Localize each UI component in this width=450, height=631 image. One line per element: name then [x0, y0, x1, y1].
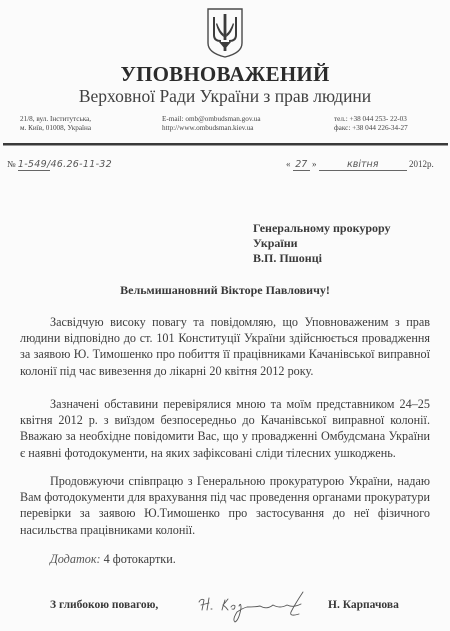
addressee-block: Генеральному прокурору України В.П. Пшон…: [253, 221, 391, 266]
signer-name: Н. Карпачова: [328, 599, 399, 611]
number-sign: №: [7, 159, 16, 169]
closing-phrase: З глибокою повагою,: [50, 599, 158, 611]
paragraph: Продовжуючи співпрацю з Генеральною прок…: [20, 473, 430, 538]
address-line: 21/8, вул. Інститутська,: [20, 115, 91, 124]
letter-date: « 27 » квітня 2012р.: [286, 159, 434, 171]
addressee-line: України: [253, 236, 391, 251]
date-month: квітня: [319, 159, 407, 171]
email-link[interactable]: E-mail: omb@ombudsman.gov.ua: [162, 115, 261, 124]
reference-number-handwritten: 1-549/: [18, 159, 51, 171]
quote-close: »: [312, 159, 317, 169]
paragraph: Зазначені обставини перевірялися мною та…: [20, 396, 430, 461]
reference-number-handwritten-suffix: 46.26-11-32: [50, 159, 112, 170]
appendix-label: Додаток:: [50, 552, 101, 566]
organization-title: УПОВНОВАЖЕНИЙ: [0, 62, 450, 87]
paragraph-text: Продовжуючи співпрацю з Генеральною прок…: [20, 474, 430, 537]
reference-number: № 1-549/46.26-11-32: [7, 159, 112, 170]
appendix-text: 4 фотокартки.: [101, 552, 176, 566]
appendix-note: Додаток: 4 фотокартки.: [50, 552, 176, 567]
web-contacts-block: E-mail: omb@ombudsman.gov.ua http://www.…: [162, 115, 261, 132]
phone-line: тел.: +38 044 253- 22-03: [334, 115, 408, 124]
website-link[interactable]: http://www.ombudsman.kiev.ua: [162, 124, 261, 133]
paragraph: Засвідчую високу повагу та повідомляю, щ…: [20, 314, 430, 379]
paragraph-text: Зазначені обставини перевірялися мною та…: [20, 397, 430, 460]
paragraph-text: Засвідчую високу повагу та повідомляю, щ…: [20, 315, 430, 378]
organization-subtitle: Верховної Ради України з прав людини: [0, 86, 450, 107]
letterhead-divider: [3, 143, 448, 146]
signature-icon: [195, 590, 330, 625]
date-day: 27: [293, 159, 310, 171]
address-line: м. Київ, 01008, Україна: [20, 124, 91, 133]
fax-line: факс: +38 044 226-34-27: [334, 124, 408, 133]
phone-block: тел.: +38 044 253- 22-03 факс: +38 044 2…: [334, 115, 408, 132]
address-block: 21/8, вул. Інститутська, м. Київ, 01008,…: [20, 115, 91, 132]
date-year: 2012р.: [409, 159, 434, 169]
addressee-line: Генеральному прокурору: [253, 221, 391, 236]
salutation: Вельмишановний Вікторе Павловичу!: [0, 283, 450, 298]
trident-emblem-icon: [205, 7, 245, 59]
addressee-line: В.П. Пшонці: [253, 251, 391, 266]
quote-open: «: [286, 159, 291, 169]
